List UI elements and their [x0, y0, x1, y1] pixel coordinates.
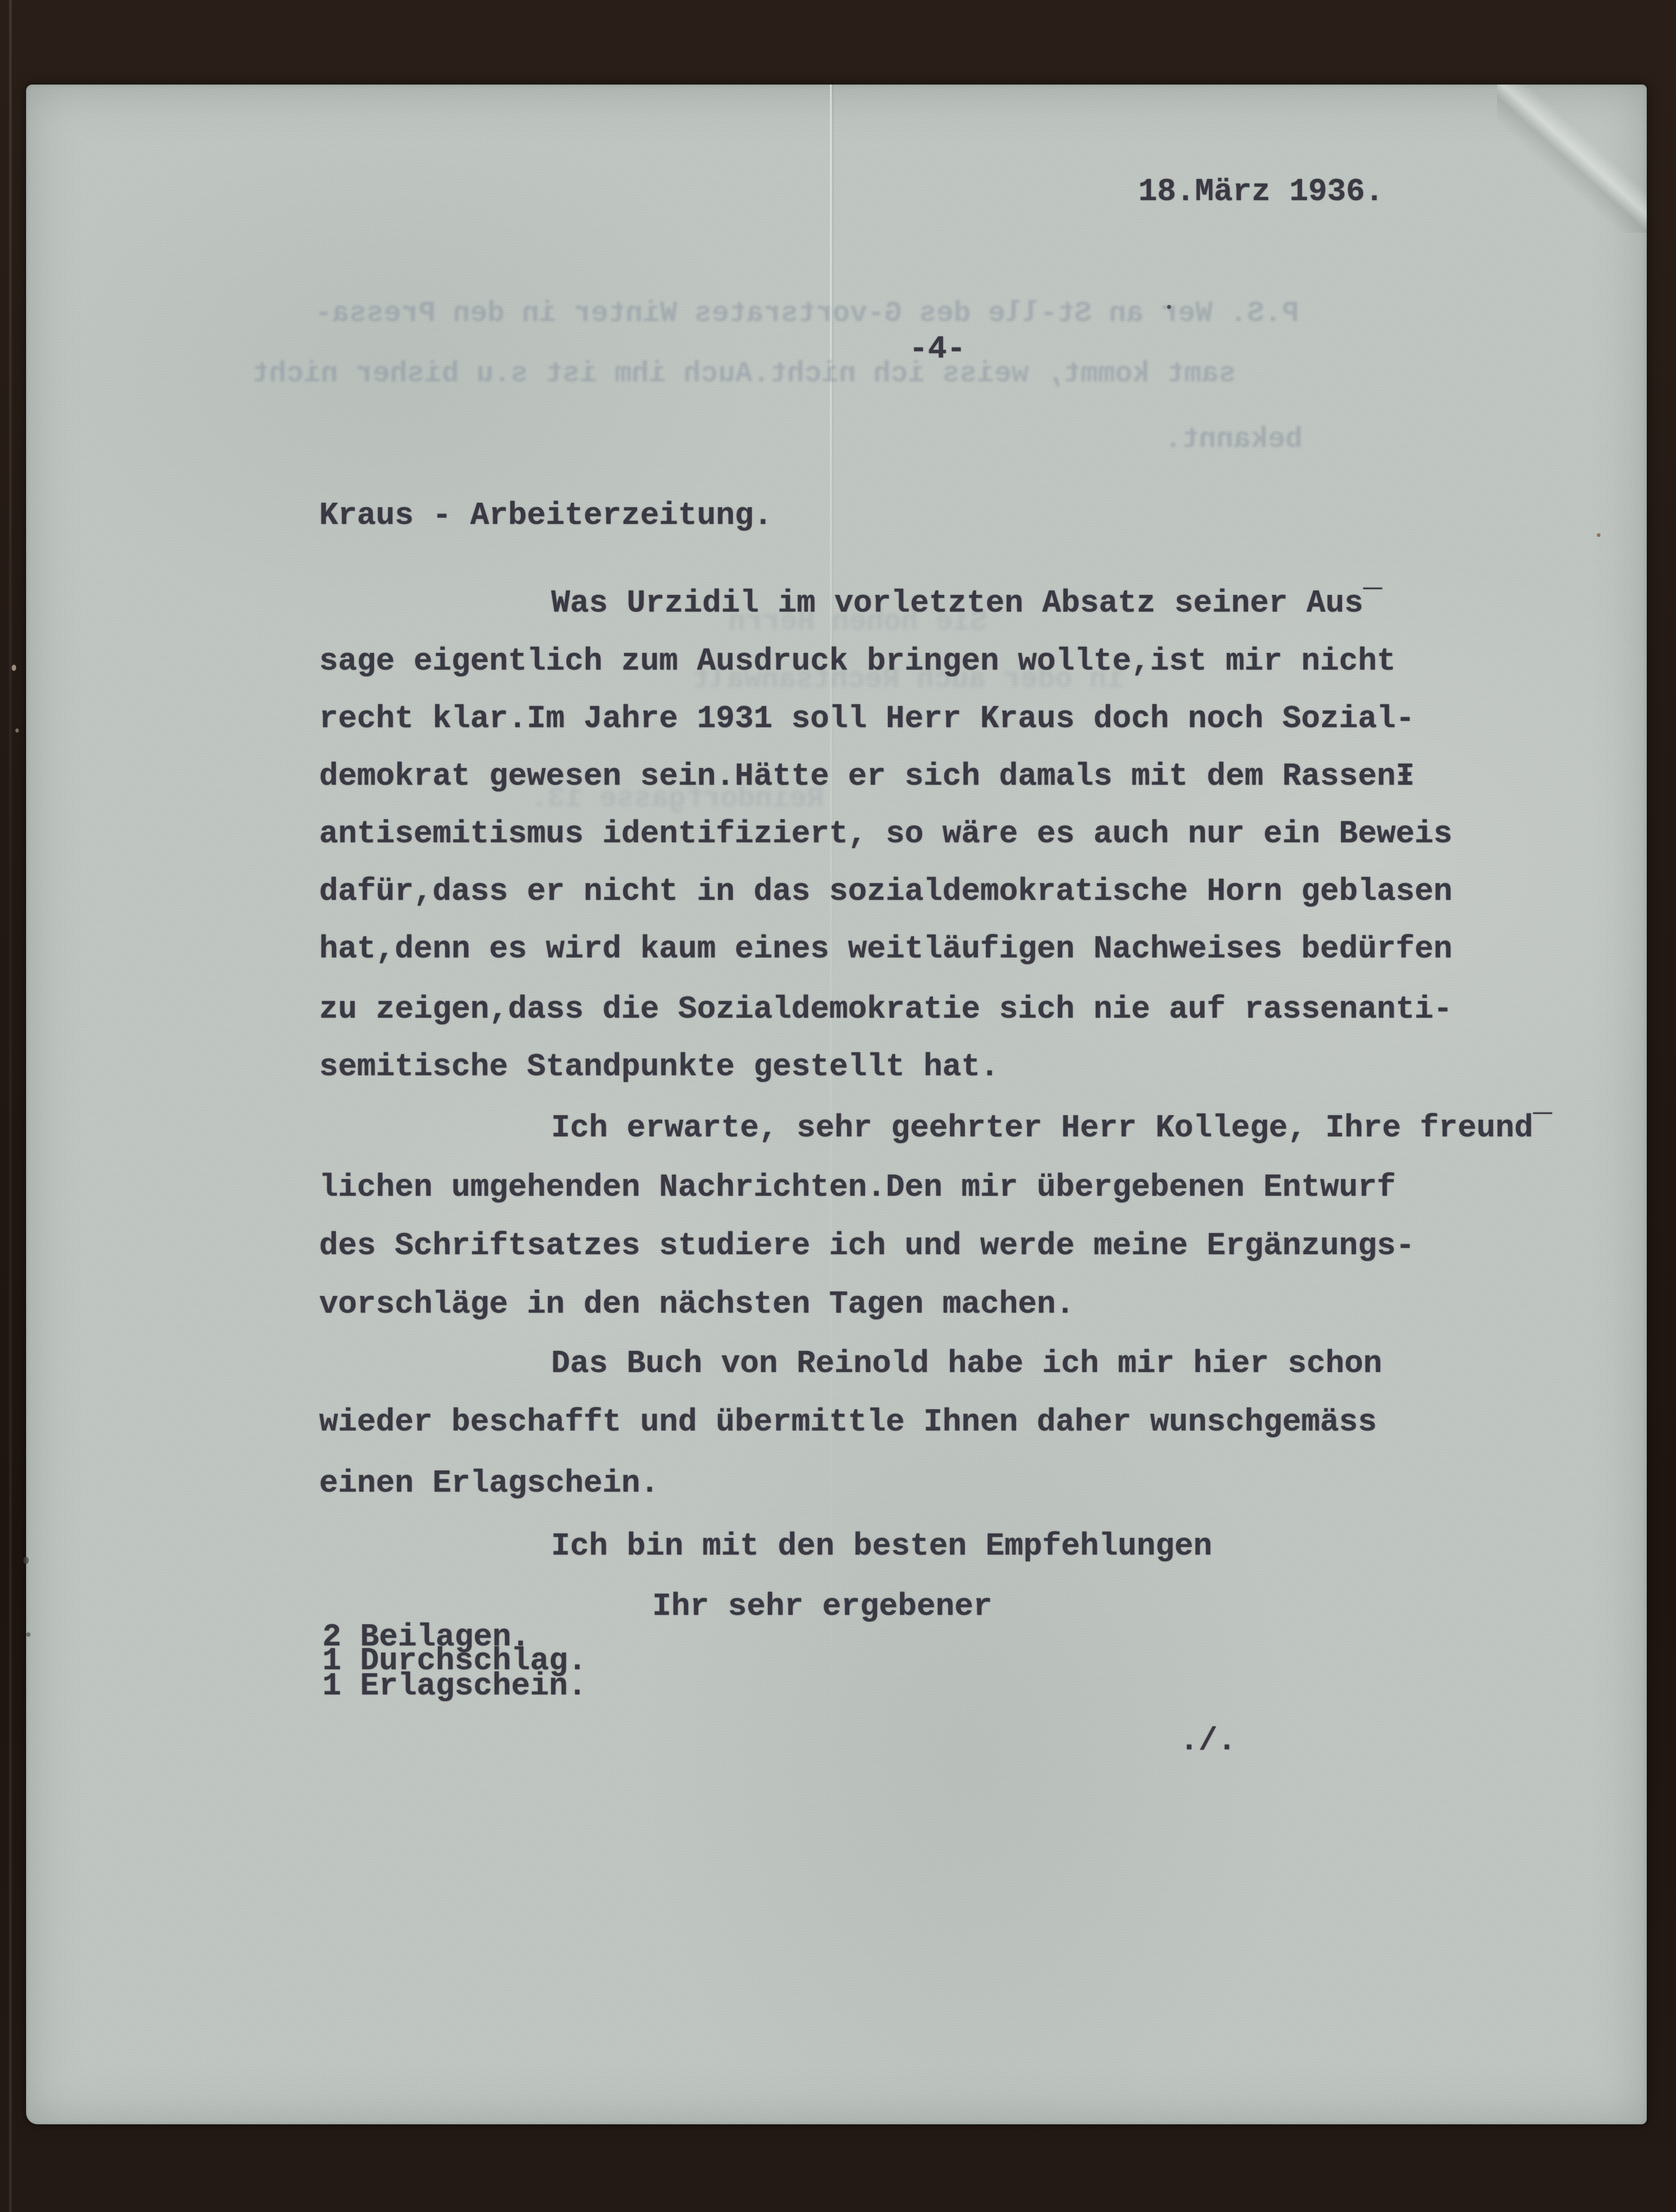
letter-date: 18.März 1936.	[1138, 177, 1384, 208]
body-line: lichen umgehenden Nachrichten.Den mir üb…	[319, 1172, 1395, 1204]
ink-speck	[1167, 305, 1171, 309]
bleedthrough-line: P.S. Wer an St-lle des G-vortsrates Wint…	[315, 299, 1299, 328]
body-line: vorschläge in den nächsten Tagen machen.	[319, 1289, 1074, 1321]
closing-line: Ich bin mit den besten Empfehlungen	[551, 1531, 1212, 1563]
body-line: recht klar.Im Jahre 1931 soll Herr Kraus…	[319, 704, 1414, 735]
book-spine-shadow	[9, 0, 12, 2212]
background-speck	[12, 665, 16, 671]
body-line: einen Erlagschein.	[319, 1468, 659, 1500]
closing-line: Ihr sehr ergebener	[652, 1591, 992, 1623]
body-line: antisemitismus identifiziert, so wäre es…	[319, 819, 1452, 850]
paper-edge-speck	[26, 1632, 31, 1637]
bleedthrough-line: bekannt.	[1164, 425, 1302, 454]
letter-paper	[26, 85, 1647, 2124]
body-line: des Schriftsatzes studiere ich und werde…	[319, 1231, 1414, 1262]
body-line: Was Urzidil im vorletzten Absatz seiner …	[551, 588, 1382, 620]
page-number: -4-	[909, 334, 966, 366]
body-line: hat,denn es wird kaum eines weitläufigen…	[319, 934, 1452, 965]
body-line: zu zeigen,dass die Sozialdemokratie sich…	[319, 994, 1452, 1026]
body-line: sage eigentlich zum Ausdruck bringen wol…	[319, 646, 1395, 678]
bleedthrough-line: samt kommt, weiss ich nicht.Auch ihm ist…	[252, 360, 1236, 389]
background-speck	[15, 728, 19, 733]
body-line: wieder beschafft und übermittle Ihnen da…	[319, 1407, 1377, 1439]
enclosure-line: 1 Erlagschein.	[322, 1671, 587, 1703]
scanned-letter-page: P.S. Wer an St-lle des G-vortsrates Wint…	[0, 0, 1676, 2212]
paper-edge-speck	[23, 1557, 29, 1564]
body-line: semitische Standpunkte gestellt hat.	[319, 1052, 999, 1083]
paper-grain-texture	[26, 85, 1647, 2124]
body-line: Ich erwarte, sehr geehrter Herr Kollege,…	[551, 1113, 1552, 1144]
body-line: demokrat gewesen sein.Hätte er sich dama…	[319, 761, 1414, 793]
continuation-mark: ./.	[1180, 1726, 1236, 1757]
subject-line: Kraus - Arbeiterzeitung.	[319, 500, 772, 532]
body-line: dafür,dass er nicht in das sozialdemokra…	[319, 876, 1452, 908]
ink-speck	[1597, 533, 1600, 537]
dog-ear-corner-crease	[1497, 85, 1647, 233]
body-line: Das Buch von Reinold habe ich mir hier s…	[551, 1349, 1382, 1380]
